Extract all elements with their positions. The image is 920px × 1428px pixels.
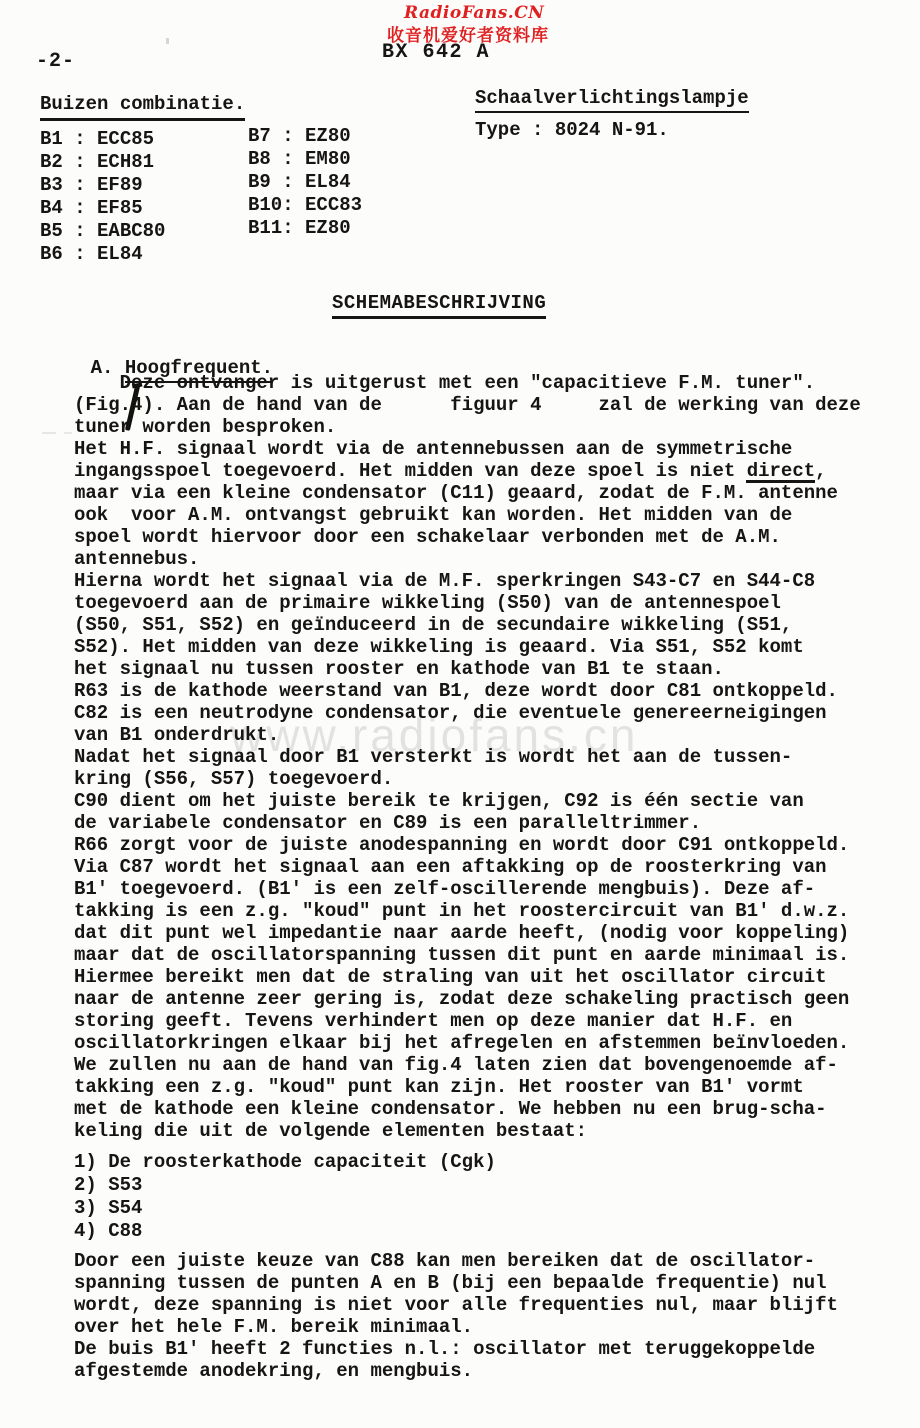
bridge-elements-list: 1) De roosterkathode capaciteit (Cgk)2) …: [74, 1151, 496, 1243]
text-line: dat dit punt wel impedantie naar aarde h…: [74, 922, 861, 944]
document-title: SCHEMABESCHRIJVING: [332, 292, 546, 319]
text-line: We zullen nu aan de hand van fig.4 laten…: [74, 1054, 861, 1076]
text-line: R63 is de kathode weerstand van B1, deze…: [74, 680, 861, 702]
tube-entry: B5 : EABC80: [40, 220, 165, 243]
tube-entry: B9 : EL84: [248, 171, 362, 194]
text-line: Door een juiste keuze van C88 kan men be…: [74, 1250, 838, 1272]
list-item: 4) C88: [74, 1220, 496, 1243]
tube-entry: B10: ECC83: [248, 194, 362, 217]
text-line: oscillatorkringen elkaar bij het afregel…: [74, 1032, 861, 1054]
model-number: BX 642 A: [382, 41, 490, 64]
text-line: ingangsspoel toegevoerd. Het midden van …: [74, 460, 861, 482]
text-line: Hiermee bereikt men dat de straling van …: [74, 966, 861, 988]
text-line: Deze ontvanger is uitgerust met een "cap…: [74, 372, 861, 394]
scan-artifact: [42, 432, 56, 434]
text-line: afgestemde anodekring, en mengbuis.: [74, 1360, 838, 1382]
list-item: 2) S53: [74, 1174, 496, 1197]
text-line: R66 zorgt voor de juiste anodespanning e…: [74, 834, 861, 856]
text-line: tuner worden besproken.: [74, 416, 861, 438]
tube-entry: B6 : EL84: [40, 243, 165, 266]
text-line: antennebus.: [74, 548, 861, 570]
dial-lamp-heading: Schaalverlichtingslampje: [475, 87, 749, 113]
text-line: spoel wordt hiervoor door een schakelaar…: [74, 526, 861, 548]
page-number: -2-: [36, 50, 75, 73]
text-line: Het H.F. signaal wordt via de antennebus…: [74, 438, 861, 460]
tube-entry: B4 : EF85: [40, 197, 165, 220]
tube-list-right-column: B7 : EZ80B8 : EM80B9 : EL84B10: ECC83B11…: [248, 125, 362, 240]
text-line: spanning tussen de punten A en B (bij ee…: [74, 1272, 838, 1294]
scan-artifact: [64, 432, 72, 434]
underline-direct-decoration: [746, 480, 815, 483]
text-line: B1' toegevoerd. (B1' is een zelf-oscille…: [74, 878, 861, 900]
text-line: De buis B1' heeft 2 functies n.l.: oscil…: [74, 1338, 838, 1360]
scan-artifact: [166, 38, 169, 44]
tube-entry: B3 : EF89: [40, 174, 165, 197]
closing-text-block: Door een juiste keuze van C88 kan men be…: [74, 1250, 838, 1382]
tube-entry: B11: EZ80: [248, 217, 362, 240]
text-line: S52). Het midden van deze wikkeling is g…: [74, 636, 861, 658]
text-line: de variabele condensator en C89 is een p…: [74, 812, 861, 834]
tube-entry: B7 : EZ80: [248, 125, 362, 148]
tube-entry: B2 : ECH81: [40, 151, 165, 174]
text-line: wordt, deze spanning is niet voor alle f…: [74, 1294, 838, 1316]
text-line: ook voor A.M. ontvangst gebruikt kan wor…: [74, 504, 861, 526]
text-line: kring (S56, S57) toegevoerd.: [74, 768, 861, 790]
text-line: takking een z.g. "koud" punt kan zijn. H…: [74, 1076, 861, 1098]
text-line: met de kathode een kleine condensator. W…: [74, 1098, 861, 1120]
text-line: takking is een z.g. "koud" punt in het r…: [74, 900, 861, 922]
watermark-site-name: RadioFans.CN: [404, 3, 544, 23]
tube-list-left-column: B1 : ECC85B2 : ECH81B3 : EF89B4 : EF85B5…: [40, 128, 165, 266]
text-line: C90 dient om het juiste bereik te krijge…: [74, 790, 861, 812]
scanned-page: RadioFans.CN 收音机爱好者资料库 -2- BX 642 A Buiz…: [0, 0, 920, 1428]
dial-lamp-type: Type : 8024 N-91.: [475, 119, 669, 141]
list-item: 3) S54: [74, 1197, 496, 1220]
watermark-center: www.radiofans.cn: [230, 708, 639, 762]
tubes-heading: Buizen combinatie.: [40, 93, 245, 121]
tube-entry: B8 : EM80: [248, 148, 362, 171]
text-line: storing geeft. Tevens verhindert men op …: [74, 1010, 861, 1032]
tube-entry: B1 : ECC85: [40, 128, 165, 151]
text-line: Via C87 wordt het signaal aan een aftakk…: [74, 856, 861, 878]
text-line: Hierna wordt het signaal via de M.F. spe…: [74, 570, 861, 592]
text-line: keling die uit de volgende elementen bes…: [74, 1120, 861, 1142]
text-line: over het hele F.M. bereik minimaal.: [74, 1316, 838, 1338]
text-line: toegevoerd aan de primaire wikkeling (S5…: [74, 592, 861, 614]
text-line: maar via een kleine condensator (C11) ge…: [74, 482, 861, 504]
text-line: het signaal nu tussen rooster en kathode…: [74, 658, 861, 680]
text-line: naar de antenne zeer gering is, zodat de…: [74, 988, 861, 1010]
text-line: (S50, S51, S52) en geïnduceerd in de sec…: [74, 614, 861, 636]
text-line: (Fig.4). Aan de hand van de figuur 4 zal…: [74, 394, 861, 416]
list-item: 1) De roosterkathode capaciteit (Cgk): [74, 1151, 496, 1174]
text-line: maar dat de oscillatorspanning tussen di…: [74, 944, 861, 966]
